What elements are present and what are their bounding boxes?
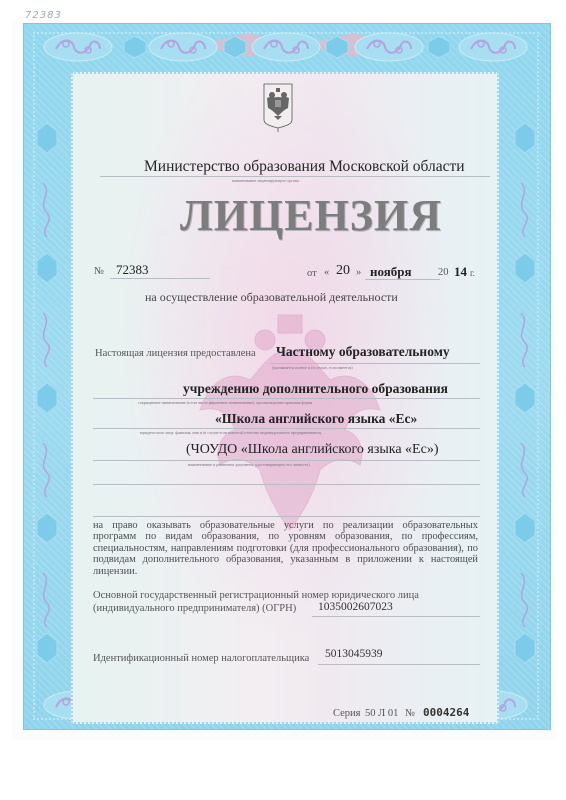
licensee-underline-3 [93, 428, 480, 429]
licensee-caption-2: сокращенное наименование (в том числе фи… [138, 400, 312, 405]
date-year-label: г. [470, 268, 475, 278]
licensee-caption-3: юридического лица, фамилия, имя и (в слу… [140, 430, 322, 435]
document-title: ЛИЦЕНЗИЯ [180, 190, 442, 241]
blank-underline [93, 484, 480, 485]
licensee-underline-1 [270, 363, 480, 364]
date-from-label: от [307, 268, 317, 279]
licensee-caption-1: (указывается полное и (в случае, если им… [272, 365, 353, 370]
date-day: 20 [336, 263, 350, 279]
date-year-prefix: 20 [438, 267, 449, 278]
ogrn-underline [312, 616, 480, 617]
licensee-line-4: (ЧОУДО «Школа английского языка «Ес») [186, 442, 439, 458]
ogrn-value: 1035002607023 [318, 601, 393, 613]
series-number-label: № [405, 708, 415, 719]
granted-label: Настоящая лицензия предоставлена [95, 348, 256, 359]
month-underline [365, 279, 440, 280]
number-label: № [94, 266, 104, 277]
licensee-line-2: учреждению дополнительного образования [183, 381, 448, 397]
ogrn-label-line2: (индивидуального предпринимателя) (ОГРН) [93, 603, 296, 614]
issuing-authority: Министерство образования Московской обла… [144, 158, 465, 176]
blank-underline-2 [93, 516, 480, 517]
number-underline [110, 278, 210, 279]
inn-underline [318, 664, 480, 665]
inn-label: Идентификационный номер налогоплательщик… [93, 653, 309, 664]
series-number: 0004264 [423, 706, 469, 719]
licensee-line-1: Частному образовательному [276, 344, 450, 360]
license-purpose: на осуществление образовательной деятель… [145, 290, 398, 305]
coat-of-arms-icon [262, 82, 294, 132]
authority-underline [100, 176, 490, 177]
date-open-quote: « [324, 267, 329, 278]
license-number: 72383 [116, 262, 149, 278]
date-year-suffix: 14 [454, 264, 467, 280]
date-close-quote: » [356, 267, 361, 278]
date-month: ноября [370, 264, 412, 280]
licensee-line-3: «Школа английского языка «Ес» [215, 411, 417, 427]
rights-paragraph: на право оказывать образовательные услуг… [93, 520, 478, 577]
licensee-caption-4: наименование и реквизиты документа, удос… [188, 462, 310, 467]
authority-caption: наименование лицензирующего органа [232, 178, 299, 183]
inn-value: 5013045939 [325, 648, 383, 660]
licensee-underline-2 [93, 398, 480, 399]
series-value: 50 Л 01 [365, 708, 398, 719]
licensee-underline-4 [93, 460, 480, 461]
series-label: Серия [333, 708, 361, 719]
ogrn-label-line1: Основной государственный регистрационный… [93, 590, 419, 601]
